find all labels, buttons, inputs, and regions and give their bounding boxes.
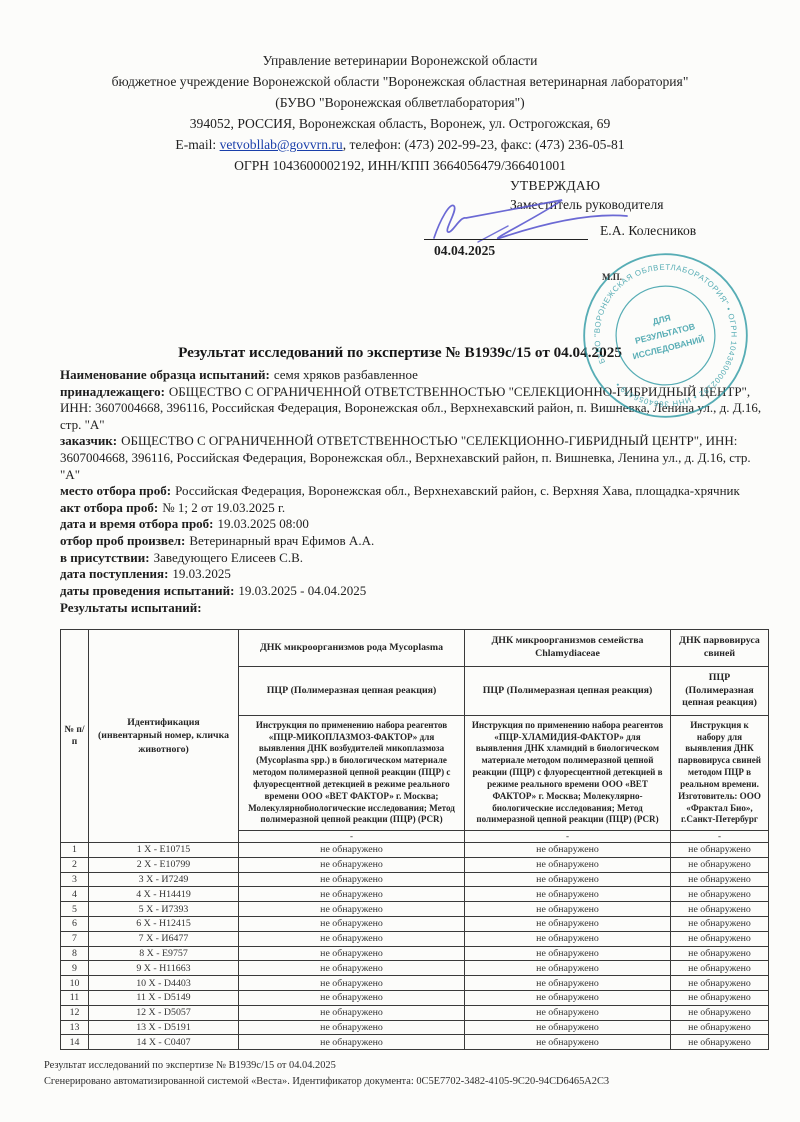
seal-place-mark: М.П. bbox=[602, 272, 622, 282]
chlamydia-result: не обнаружено bbox=[465, 961, 671, 976]
footer-generated-line: Сгенерировано автоматизированной системо… bbox=[44, 1074, 609, 1090]
row-number: 6 bbox=[61, 916, 89, 931]
animal-id: 1 Х - Е10715 bbox=[89, 843, 239, 858]
field-label: заказчик: bbox=[60, 433, 117, 448]
mycoplasma-result: не обнаружено bbox=[239, 902, 465, 917]
chlamydia-result: не обнаружено bbox=[465, 1035, 671, 1050]
parvovirus-result: не обнаружено bbox=[671, 916, 769, 931]
animal-id: 2 Х - Е10799 bbox=[89, 857, 239, 872]
mycoplasma-result: не обнаружено bbox=[239, 843, 465, 858]
result-row: 5 5 Х - И7393 не обнаружено не обнаружен… bbox=[61, 902, 769, 917]
letterhead: Управление ветеринарии Воронежской облас… bbox=[40, 50, 760, 176]
field-row: дата поступления:19.03.2025 bbox=[60, 566, 772, 583]
row-number: 2 bbox=[61, 857, 89, 872]
chlamydia-result: не обнаружено bbox=[465, 857, 671, 872]
approval-block: УТВЕРЖДАЮ Заместитель руководителя Е.А. … bbox=[424, 178, 734, 278]
animal-id: 6 Х - Н12415 bbox=[89, 916, 239, 931]
field-value: Российская Федерация, Воронежская обл., … bbox=[175, 483, 740, 498]
mycoplasma-result: не обнаружено bbox=[239, 1005, 465, 1020]
chlamydia-result: не обнаружено bbox=[465, 931, 671, 946]
phone-fax-text: , телефон: (473) 202-99-23, факс: (473) … bbox=[343, 137, 625, 152]
org-department: Управление ветеринарии Воронежской облас… bbox=[40, 50, 760, 71]
dash-cell: - bbox=[671, 831, 769, 843]
stamp-center-line2: РЕЗУЛЬТАТОВ bbox=[634, 321, 696, 346]
footer-expertise-line: Результат исследований по экспертизе № В… bbox=[44, 1058, 609, 1074]
parvovirus-result: не обнаружено bbox=[671, 887, 769, 902]
chlamydia-result: не обнаружено bbox=[465, 1005, 671, 1020]
col-header-mycoplasma: ДНК микроорганизмов рода Mycoplasma bbox=[239, 630, 465, 667]
field-value: Заведующего Елисеев С.В. bbox=[154, 550, 303, 565]
field-row: принадлежащего:ОБЩЕСТВО С ОГРАНИЧЕННОЙ О… bbox=[60, 384, 772, 434]
chlamydia-result: не обнаружено bbox=[465, 843, 671, 858]
mycoplasma-result: не обнаружено bbox=[239, 1035, 465, 1050]
field-row: отбор проб произвел:Ветеринарный врач Еф… bbox=[60, 533, 772, 550]
parvovirus-result: не обнаружено bbox=[671, 961, 769, 976]
result-row: 7 7 Х - И6477 не обнаружено не обнаружен… bbox=[61, 931, 769, 946]
row-number: 8 bbox=[61, 946, 89, 961]
email-link[interactable]: vetvobllab@govvrn.ru bbox=[220, 137, 343, 152]
email-label: E-mail: bbox=[175, 137, 216, 152]
instruction-chlamydia: Инструкция по применению набора реагенто… bbox=[465, 716, 671, 831]
row-number: 9 bbox=[61, 961, 89, 976]
field-row: даты проведения испытаний:19.03.2025 - 0… bbox=[60, 583, 772, 600]
result-row: 14 14 Х - С0407 не обнаружено не обнаруж… bbox=[61, 1035, 769, 1050]
animal-id: 9 Х - Н11663 bbox=[89, 961, 239, 976]
animal-id: 8 Х - Е9757 bbox=[89, 946, 239, 961]
field-label: акт отбора проб: bbox=[60, 500, 158, 515]
parvovirus-result: не обнаружено bbox=[671, 1035, 769, 1050]
mycoplasma-result: не обнаружено bbox=[239, 931, 465, 946]
result-row: 10 10 Х - D4403 не обнаружено не обнаруж… bbox=[61, 976, 769, 991]
field-label: дата и время отбора проб: bbox=[60, 516, 214, 531]
animal-id: 4 Х - Н14419 bbox=[89, 887, 239, 902]
parvovirus-result: не обнаружено bbox=[671, 931, 769, 946]
parvovirus-result: не обнаружено bbox=[671, 1020, 769, 1035]
parvovirus-result: не обнаружено bbox=[671, 1005, 769, 1020]
field-label: Наименование образца испытаний: bbox=[60, 367, 270, 382]
field-label: дата поступления: bbox=[60, 566, 168, 581]
mycoplasma-result: не обнаружено bbox=[239, 976, 465, 991]
animal-id: 11 Х - D5149 bbox=[89, 990, 239, 1005]
field-row: акт отбора проб:№ 1; 2 от 19.03.2025 г. bbox=[60, 500, 772, 517]
org-address: 394052, РОССИЯ, Воронежская область, Вор… bbox=[40, 113, 760, 134]
org-contacts: E-mail: vetvobllab@govvrn.ru, телефон: (… bbox=[40, 134, 760, 155]
stamp-center-line1: ДЛЯ bbox=[651, 313, 671, 327]
field-row: заказчик:ОБЩЕСТВО С ОГРАНИЧЕННОЙ ОТВЕТСТ… bbox=[60, 433, 772, 483]
mycoplasma-result: не обнаружено bbox=[239, 916, 465, 931]
sample-fields: Наименование образца испытаний:семя хряк… bbox=[60, 367, 772, 617]
chlamydia-result: не обнаружено bbox=[465, 946, 671, 961]
mycoplasma-result: не обнаружено bbox=[239, 946, 465, 961]
row-number: 12 bbox=[61, 1005, 89, 1020]
row-number: 11 bbox=[61, 990, 89, 1005]
pcr-method-parvovirus: ПЦР (Полимеразная цепная реакция) bbox=[671, 667, 769, 716]
chlamydia-result: не обнаружено bbox=[465, 976, 671, 991]
report-title: Результат исследований по экспертизе № В… bbox=[0, 344, 800, 362]
field-row: дата и время отбора проб:19.03.2025 08:0… bbox=[60, 516, 772, 533]
animal-id: 3 Х - И7249 bbox=[89, 872, 239, 887]
col-header-identification: Идентификация (инвентарный номер, кличка… bbox=[89, 630, 239, 843]
row-number: 3 bbox=[61, 872, 89, 887]
animal-id: 12 Х - D5057 bbox=[89, 1005, 239, 1020]
animal-id: 7 Х - И6477 bbox=[89, 931, 239, 946]
field-row: Наименование образца испытаний:семя хряк… bbox=[60, 367, 772, 384]
field-label: место отбора проб: bbox=[60, 483, 171, 498]
result-row: 9 9 Х - Н11663 не обнаружено не обнаруже… bbox=[61, 961, 769, 976]
results-label-text: Результаты испытаний: bbox=[60, 600, 202, 615]
results-section-label: Результаты испытаний: bbox=[60, 600, 772, 617]
result-row: 1 1 Х - Е10715 не обнаружено не обнаруже… bbox=[61, 843, 769, 858]
field-value: 19.03.2025 - 04.04.2025 bbox=[238, 583, 366, 598]
chlamydia-result: не обнаружено bbox=[465, 902, 671, 917]
pcr-method-chlamydia: ПЦР (Полимеразная цепная реакция) bbox=[465, 667, 671, 716]
result-row: 8 8 Х - Е9757 не обнаружено не обнаружен… bbox=[61, 946, 769, 961]
mycoplasma-result: не обнаружено bbox=[239, 872, 465, 887]
instruction-mycoplasma: Инструкция по применению набора реагенто… bbox=[239, 716, 465, 831]
animal-id: 10 Х - D4403 bbox=[89, 976, 239, 991]
field-label: даты проведения испытаний: bbox=[60, 583, 234, 598]
animal-id: 14 Х - С0407 bbox=[89, 1035, 239, 1050]
parvovirus-result: не обнаружено bbox=[671, 843, 769, 858]
field-label: отбор проб произвел: bbox=[60, 533, 185, 548]
chlamydia-result: не обнаружено bbox=[465, 872, 671, 887]
row-number: 13 bbox=[61, 1020, 89, 1035]
result-row: 12 12 Х - D5057 не обнаружено не обнаруж… bbox=[61, 1005, 769, 1020]
field-value: Ветеринарный врач Ефимов А.А. bbox=[189, 533, 374, 548]
field-value: семя хряков разбавленное bbox=[274, 367, 418, 382]
mycoplasma-result: не обнаружено bbox=[239, 961, 465, 976]
results-table: № п/п Идентификация (инвентарный номер, … bbox=[60, 629, 769, 1050]
field-value: ОБЩЕСТВО С ОГРАНИЧЕННОЙ ОТВЕТСТВЕННОСТЬЮ… bbox=[60, 433, 751, 481]
field-label: в присутствии: bbox=[60, 550, 150, 565]
document-footer: Результат исследований по экспертизе № В… bbox=[44, 1058, 609, 1089]
org-short-name: (БУВО "Воронежская облветлаборатория") bbox=[40, 92, 760, 113]
org-ogrn-inn: ОГРН 1043600002192, ИНН/КПП 3664056479/3… bbox=[40, 155, 760, 176]
row-number: 4 bbox=[61, 887, 89, 902]
dash-cell: - bbox=[465, 831, 671, 843]
parvovirus-result: не обнаружено bbox=[671, 872, 769, 887]
parvovirus-result: не обнаружено bbox=[671, 857, 769, 872]
chlamydia-result: не обнаружено bbox=[465, 1020, 671, 1035]
field-value: ОБЩЕСТВО С ОГРАНИЧЕННОЙ ОТВЕТСТВЕННОСТЬЮ… bbox=[60, 384, 761, 432]
row-number: 10 bbox=[61, 976, 89, 991]
approver-name: Е.А. Колесников bbox=[600, 223, 696, 239]
instruction-parvovirus: Инструкция к набору для выявления ДНК па… bbox=[671, 716, 769, 831]
field-row: в присутствии:Заведующего Елисеев С.В. bbox=[60, 550, 772, 567]
animal-id: 13 Х - D5191 bbox=[89, 1020, 239, 1035]
mycoplasma-result: не обнаружено bbox=[239, 990, 465, 1005]
pcr-method-mycoplasma: ПЦР (Полимеразная цепная реакция) bbox=[239, 667, 465, 716]
result-row: 6 6 Х - Н12415 не обнаружено не обнаруже… bbox=[61, 916, 769, 931]
field-row: место отбора проб:Российская Федерация, … bbox=[60, 483, 772, 500]
document-page: Управление ветеринарии Воронежской облас… bbox=[0, 0, 800, 1122]
field-value: 19.03.2025 bbox=[172, 566, 231, 581]
approval-date: 04.04.2025 bbox=[434, 243, 495, 259]
org-full-name: бюджетное учреждение Воронежской области… bbox=[40, 71, 760, 92]
chlamydia-result: не обнаружено bbox=[465, 916, 671, 931]
parvovirus-result: не обнаружено bbox=[671, 976, 769, 991]
result-row: 13 13 Х - D5191 не обнаружено не обнаруж… bbox=[61, 1020, 769, 1035]
mycoplasma-result: не обнаружено bbox=[239, 857, 465, 872]
dash-cell: - bbox=[239, 831, 465, 843]
row-number: 5 bbox=[61, 902, 89, 917]
parvovirus-result: не обнаружено bbox=[671, 990, 769, 1005]
parvovirus-result: не обнаружено bbox=[671, 946, 769, 961]
col-header-chlamydia: ДНК микроорганизмов семейства Chlamydiac… bbox=[465, 630, 671, 667]
result-row: 11 11 Х - D5149 не обнаружено не обнаруж… bbox=[61, 990, 769, 1005]
animal-id: 5 Х - И7393 bbox=[89, 902, 239, 917]
chlamydia-result: не обнаружено bbox=[465, 887, 671, 902]
row-number: 14 bbox=[61, 1035, 89, 1050]
col-header-parvovirus: ДНК парвовируса свиней bbox=[671, 630, 769, 667]
parvovirus-result: не обнаружено bbox=[671, 902, 769, 917]
field-value: 19.03.2025 08:00 bbox=[218, 516, 309, 531]
row-number: 7 bbox=[61, 931, 89, 946]
field-label: принадлежащего: bbox=[60, 384, 165, 399]
mycoplasma-result: не обнаружено bbox=[239, 887, 465, 902]
chlamydia-result: не обнаружено bbox=[465, 990, 671, 1005]
signature-line bbox=[424, 239, 588, 240]
result-row: 3 3 Х - И7249 не обнаружено не обнаружен… bbox=[61, 872, 769, 887]
row-number: 1 bbox=[61, 843, 89, 858]
result-row: 2 2 Х - Е10799 не обнаружено не обнаруже… bbox=[61, 857, 769, 872]
col-header-number: № п/п bbox=[61, 630, 89, 843]
result-row: 4 4 Х - Н14419 не обнаружено не обнаруже… bbox=[61, 887, 769, 902]
mycoplasma-result: не обнаружено bbox=[239, 1020, 465, 1035]
results-table-wrap: № п/п Идентификация (инвентарный номер, … bbox=[60, 629, 769, 1050]
field-value: № 1; 2 от 19.03.2025 г. bbox=[162, 500, 285, 515]
